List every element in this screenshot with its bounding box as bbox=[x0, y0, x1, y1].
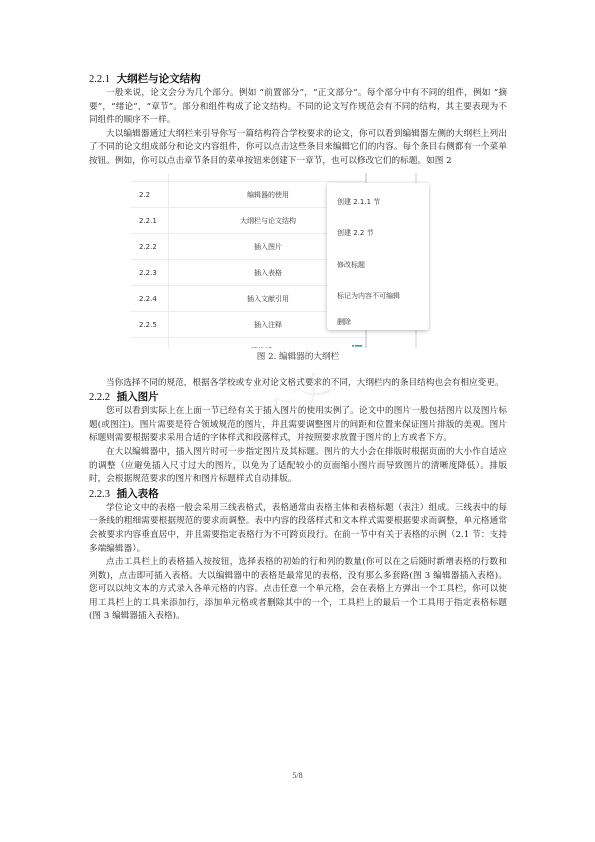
outline-row-number: 2.2.3 bbox=[131, 260, 169, 286]
paragraph: 大以编辑器通过大纲栏来引导你写一篇结构符合学校要求的论文，你可以看到编辑器左侧的… bbox=[89, 128, 507, 169]
section-number: 2.2.3 bbox=[89, 489, 110, 500]
outline-row-number: 2.2.2 bbox=[131, 234, 169, 260]
outline-row-title: 一键排版 bbox=[169, 346, 347, 348]
outline-row-number: 2.2 bbox=[131, 182, 169, 208]
paragraph: 一般来说，论文会分为几个部分。例如 “前置部分”，“正文部分”。每个部分中有不同… bbox=[89, 87, 507, 128]
page-number: 5/8 bbox=[0, 771, 595, 780]
menu-item-mark-readonly[interactable]: 标记为内容不可编辑 bbox=[337, 291, 400, 301]
menu-item-create-2-1-1[interactable]: 创建 2.1.1 节 bbox=[337, 197, 380, 207]
section-heading-2-2-3: 2.2.3 插入表格 bbox=[89, 487, 507, 502]
list-menu-icon[interactable] bbox=[347, 345, 367, 348]
paragraph: 学位论文中的表格一般会采用三线表格式，表格通常由表格主体和表格标题（表注）组成。… bbox=[89, 502, 507, 556]
section-title: 插入表格 bbox=[117, 488, 159, 500]
outline-row-number: 2.2.5 bbox=[131, 312, 169, 338]
paragraph: 点击工具栏上的表格插入按按钮，选择表格的初始的行和列的数量(你可以在之后随时新增… bbox=[89, 556, 507, 624]
document-page: 大以论文 2.2.1 大纲栏与论文结构 一般来说，论文会分为几个部分。例如 “前… bbox=[0, 0, 595, 842]
menu-item-delete[interactable]: 删除 bbox=[337, 317, 351, 327]
section-heading-2-2-1: 2.2.1 大纲栏与论文结构 bbox=[89, 72, 507, 87]
section-heading-2-2-2: 2.2.2 插入图片 bbox=[89, 390, 507, 405]
page-content: 2.2.1 大纲栏与论文结构 一般来说，论文会分为几个部分。例如 “前置部分”，… bbox=[89, 72, 507, 624]
menu-item-create-2-2[interactable]: 创建 2.2 节 bbox=[337, 228, 374, 238]
outline-screenshot: 2.2 编辑器的使用 2.2.1 大纲栏与论文结构 2.2.2 插入图片 2.2… bbox=[131, 173, 431, 348]
outline-row[interactable]: 2.3 一键排版 bbox=[131, 337, 367, 348]
section-number: 2.2.1 bbox=[89, 74, 110, 85]
outline-row-number: 2.3 bbox=[131, 338, 169, 348]
outline-row-number: 2.2.4 bbox=[131, 286, 169, 312]
section-title: 大纲栏与论文结构 bbox=[117, 73, 201, 85]
paragraph: 您可以看到实际上在上面一节已经有关于插入图片的使用实例了。论文中的图片一般包括图… bbox=[89, 405, 507, 446]
section-title: 插入图片 bbox=[117, 391, 159, 403]
outline-row-number: 2.2.1 bbox=[131, 208, 169, 234]
menu-item-rename[interactable]: 修改标题 bbox=[337, 260, 365, 270]
paragraph: 当你选择不同的规范，根据各学校或专业对论文格式要求的不同，大纲栏内的条目结构也会… bbox=[89, 377, 507, 391]
context-menu: 创建 2.1.1 节 创建 2.2 节 修改标题 标记为内容不可编辑 删除 bbox=[327, 183, 429, 330]
figure-caption: 图 2. 编辑器的大纲栏 bbox=[89, 350, 507, 362]
section-number: 2.2.2 bbox=[89, 392, 110, 403]
paragraph: 在大以编辑器中，插入图片时可一步指定图片及其标题。图片的大小会在排版时根据页面的… bbox=[89, 446, 507, 487]
figure-2: 2.2 编辑器的使用 2.2.1 大纲栏与论文结构 2.2.2 插入图片 2.2… bbox=[89, 173, 507, 363]
